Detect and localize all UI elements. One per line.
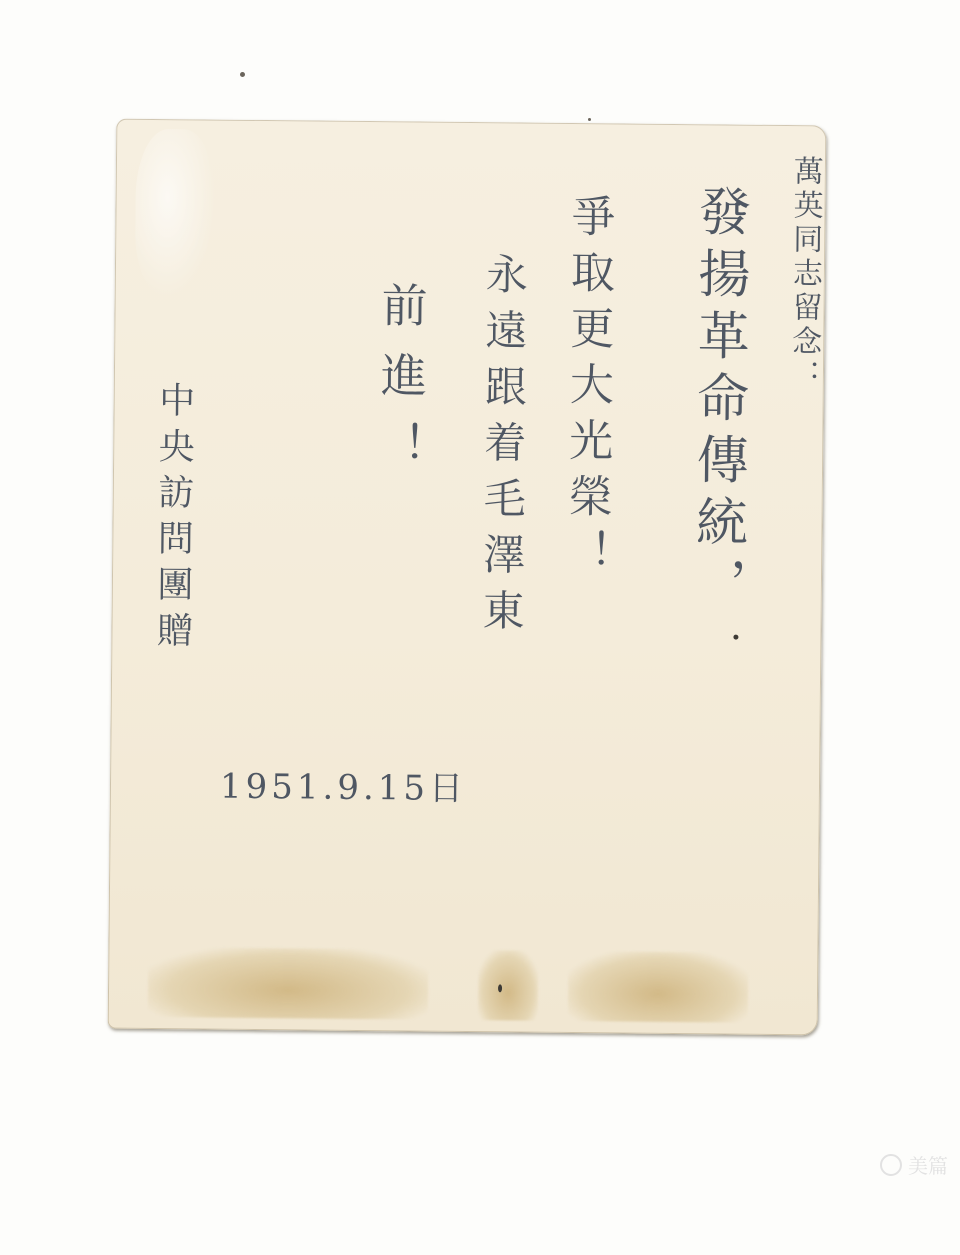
water-stain (568, 951, 749, 1023)
watermark: 美篇 (880, 1150, 948, 1179)
signature-text: 中央訪問團贈 (153, 381, 192, 657)
dust-speck (588, 118, 591, 121)
inscription-line-2: 爭取更大光榮！ (563, 193, 611, 585)
embossed-corner-pattern (135, 129, 217, 300)
scanned-photo-back: 萬英同志留念： 發揚革命傳統， 爭取更大光榮！ 永遠跟着毛澤東 前進！ 中央訪問… (0, 0, 960, 1255)
water-stain (148, 947, 429, 1020)
watermark-label: 美篇 (908, 1150, 948, 1179)
date-text: 1951.9.15日 (220, 770, 467, 806)
photo-card: 萬英同志留念： 發揚革命傳統， 爭取更大光榮！ 永遠跟着毛澤東 前進！ 中央訪問… (108, 119, 827, 1036)
inscription-line-3: 永遠跟着毛澤東 (479, 252, 525, 644)
dust-speck (240, 72, 245, 77)
inscription-line-4: 前進！ (377, 281, 425, 491)
inscription-line-1: 發揚革命傳統， (690, 184, 746, 618)
water-stain (478, 950, 539, 1021)
meipian-logo-icon (880, 1154, 902, 1176)
addressee-text: 萬英同志留念： (788, 155, 820, 393)
ink-dot (733, 635, 738, 640)
ink-dot (498, 984, 502, 992)
